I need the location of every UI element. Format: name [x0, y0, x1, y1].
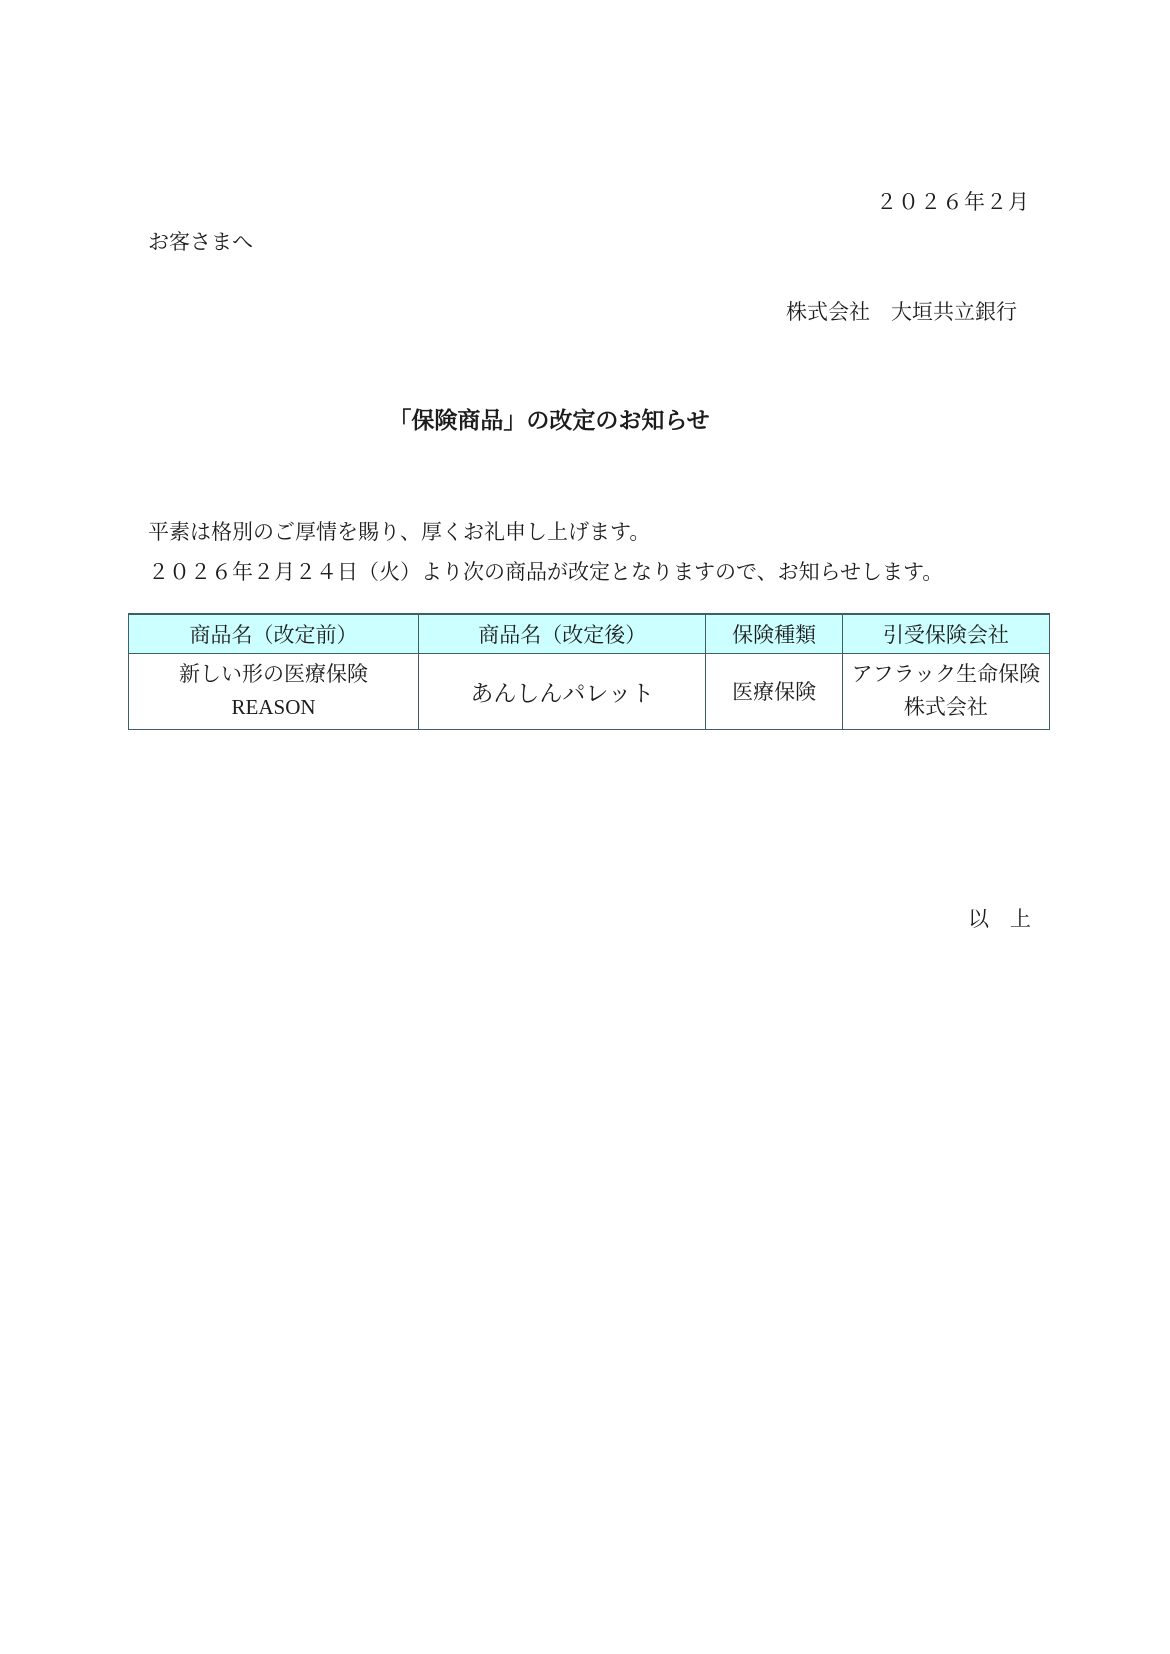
- document-title: 「保険商品」の改定のお知らせ: [0, 402, 1134, 435]
- header-product-after: 商品名（改定後）: [419, 614, 706, 653]
- recipient-line: お客さまへ: [148, 226, 253, 256]
- product-before-name: 新しい形の医療保険: [133, 658, 414, 691]
- table-header-row: 商品名（改定前） 商品名（改定後） 保険種類 引受保険会社: [129, 614, 1050, 653]
- document-date: ２０２６年２月: [876, 186, 1030, 216]
- closing-mark: 以 上: [968, 903, 1031, 933]
- sender-company: 株式会社 大垣共立銀行: [786, 296, 1017, 326]
- cell-insurer: アフラック生命保険 株式会社: [842, 653, 1049, 729]
- insurer-name-line2: 株式会社: [847, 691, 1045, 724]
- header-product-before: 商品名（改定前）: [129, 614, 419, 653]
- product-before-subname: REASON: [133, 691, 414, 724]
- document-page: ２０２６年２月 お客さまへ 株式会社 大垣共立銀行 「保険商品」の改定のお知らせ…: [0, 0, 1170, 1654]
- cell-product-before: 新しい形の医療保険 REASON: [129, 653, 419, 729]
- announcement-line: ２０２６年２月２４日（火）より次の商品が改定となりますので、お知らせします。: [148, 552, 943, 592]
- body-paragraph: 平素は格別のご厚情を賜り、厚くお礼申し上げます。 ２０２６年２月２４日（火）より…: [148, 512, 943, 592]
- table-row: 新しい形の医療保険 REASON あんしんパレット 医療保険 アフラック生命保険…: [129, 653, 1050, 729]
- product-revision-table: 商品名（改定前） 商品名（改定後） 保険種類 引受保険会社 新しい形の医療保険 …: [128, 613, 1050, 730]
- cell-product-after: あんしんパレット: [419, 653, 706, 729]
- header-insurer: 引受保険会社: [842, 614, 1049, 653]
- insurer-name-line1: アフラック生命保険: [847, 658, 1045, 691]
- cell-insurance-type: 医療保険: [706, 653, 842, 729]
- header-insurance-type: 保険種類: [706, 614, 842, 653]
- greeting-line: 平素は格別のご厚情を賜り、厚くお礼申し上げます。: [148, 512, 943, 552]
- product-after-name: あんしんパレット: [470, 680, 654, 706]
